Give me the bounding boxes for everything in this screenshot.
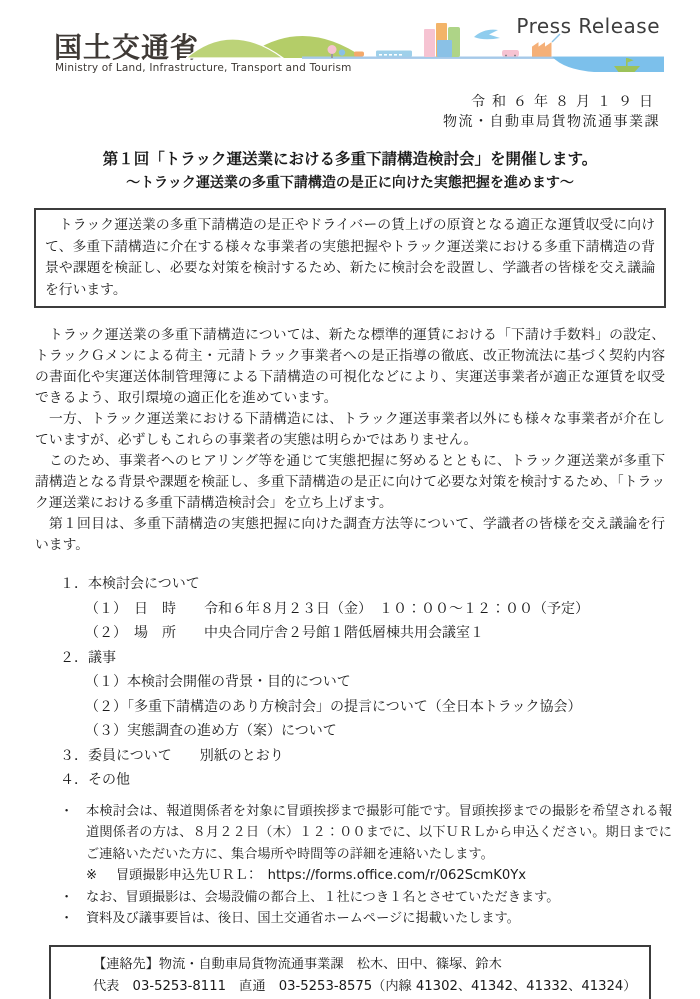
section-item-agenda-2: （２）「多重下請構造のあり方検討会」の提言について（全日本トラック協会） <box>85 695 670 720</box>
contact-line-2: 代表 03-5253-8111 直通 03-5253-8575（内線 41302… <box>93 976 641 998</box>
bullet-marker: ・ <box>60 801 86 866</box>
contact-line-1: 【連絡先】物流・自動車局貨物流通事業課 松木、田中、篠塚、鈴木 <box>93 954 641 976</box>
section-item-agenda-1: （１）本検討会開催の背景・目的について <box>85 670 670 695</box>
meta-block: 令和６年８月１９日 物流・自動車局貨物流通事業課 <box>0 92 700 132</box>
bullet-marker: ・ <box>60 887 86 909</box>
car-icon <box>354 52 364 57</box>
application-url: 冒頭撮影申込先ＵＲＬ： https://forms.office.com/r/0… <box>116 865 672 887</box>
train-icon <box>376 51 412 57</box>
bus-wheel <box>505 55 507 57</box>
press-release-document: 国土交通省 Ministry of Land, Infrastructure, … <box>0 0 700 999</box>
body-text: トラック運送業の多重下請構造については、新たな標準的運賃における「下請け手数料」… <box>35 325 665 556</box>
factory-icon <box>532 42 552 57</box>
section-item-place: （２） 場 所 中央合同庁舎２号館１階低層棟共用会議室１ <box>85 621 670 646</box>
release-date: 令和６年８月１９日 <box>0 92 660 112</box>
airplane-icon <box>474 30 500 40</box>
building-icon <box>424 29 435 57</box>
note-item: ・ 資料及び議事要旨は、後日、国土交通省ホームページに掲載いたします。 <box>28 908 672 930</box>
title-block: 第１回「トラック運送業における多重下請構造検討会」を開催します。 ～トラック運送… <box>0 147 700 192</box>
note-text: 本検討会は、報道関係者を対象に冒頭挨拶まで撮影可能です。冒頭挨拶までの撮影を希望… <box>86 801 672 866</box>
train-window <box>394 54 397 56</box>
reference-marker: ※ <box>86 865 116 887</box>
press-release-label: Press Release <box>516 14 660 38</box>
note-text: なお、冒頭撮影は、会場設備の都合上、１社につき１名とさせていただきます。 <box>86 887 672 909</box>
bus-icon <box>502 50 519 57</box>
body-paragraph: トラック運送業の多重下請構造については、新たな標準的運賃における「下請け手数料」… <box>35 325 665 409</box>
boat-mast <box>626 58 628 66</box>
contact-box: 【連絡先】物流・自動車局貨物流通事業課 松木、田中、篠塚、鈴木 代表 03-52… <box>49 945 651 999</box>
note-item: ・ 本検討会は、報道関係者を対象に冒頭挨拶まで撮影可能です。冒頭挨拶までの撮影を… <box>28 801 672 866</box>
section-item-datetime: （１） 日 時 令和６年８月２３日（金） １０：００～１２：００（予定） <box>85 597 670 622</box>
body-paragraph: 一方、トラック運送業における下請構造には、トラック運送事業者以外にも様々な事業者… <box>35 409 665 451</box>
tree-icon <box>339 49 345 55</box>
train-window <box>379 54 382 56</box>
notes-list: ・ 本検討会は、報道関係者を対象に冒頭挨拶まで撮影可能です。冒頭挨拶までの撮影を… <box>28 801 672 930</box>
body-paragraph: このため、事業者へのヒアリング等を通じて実態把握に努めるとともに、トラック運送業… <box>35 451 665 514</box>
agenda-sections: １．本検討会について （１） 日 時 令和６年８月２３日（金） １０：００～１２… <box>30 572 670 793</box>
department-name: 物流・自動車局貨物流通事業課 <box>0 112 660 132</box>
building-icon <box>437 40 452 57</box>
document-header: 国土交通省 Ministry of Land, Infrastructure, … <box>0 0 700 84</box>
note-item-url: ※ 冒頭撮影申込先ＵＲＬ： https://forms.office.com/r… <box>28 865 672 887</box>
page-title: 第１回「トラック運送業における多重下請構造検討会」を開催します。 <box>0 147 700 169</box>
train-window <box>399 54 402 56</box>
section-heading-other: ４．その他 <box>60 768 670 793</box>
sea <box>552 57 664 72</box>
section-heading-about: １．本検討会について <box>60 572 670 597</box>
section-item-agenda-3: （３）実態調査の進め方（案）について <box>85 719 670 744</box>
section-heading-agenda: ２．議事 <box>60 646 670 671</box>
section-heading-members: ３．委員について 別紙のとおり <box>60 744 670 769</box>
tree-icon <box>328 45 337 54</box>
bus-wheel <box>514 55 516 57</box>
page-subtitle: ～トラック運送業の多重下請構造の是正に向けた実態把握を進めます～ <box>0 172 700 192</box>
note-text: 資料及び議事要旨は、後日、国土交通省ホームページに掲載いたします。 <box>86 908 672 930</box>
summary-box: トラック運送業の多重下請構造の是正やドライバーの賃上げの原資となる適正な運賃収受… <box>34 208 666 308</box>
hill-icon <box>186 39 283 58</box>
bullet-marker: ・ <box>60 908 86 930</box>
train-window <box>389 54 392 56</box>
mlit-logo: 国土交通省 <box>54 26 199 66</box>
body-paragraph: 第１回目は、多重下請構造の実態把握に向けた調査方法等について、学識者の皆様を交え… <box>35 514 665 556</box>
train-window <box>384 54 387 56</box>
note-item: ・ なお、冒頭撮影は、会場設備の都合上、１社につき１名とさせていただきます。 <box>28 887 672 909</box>
